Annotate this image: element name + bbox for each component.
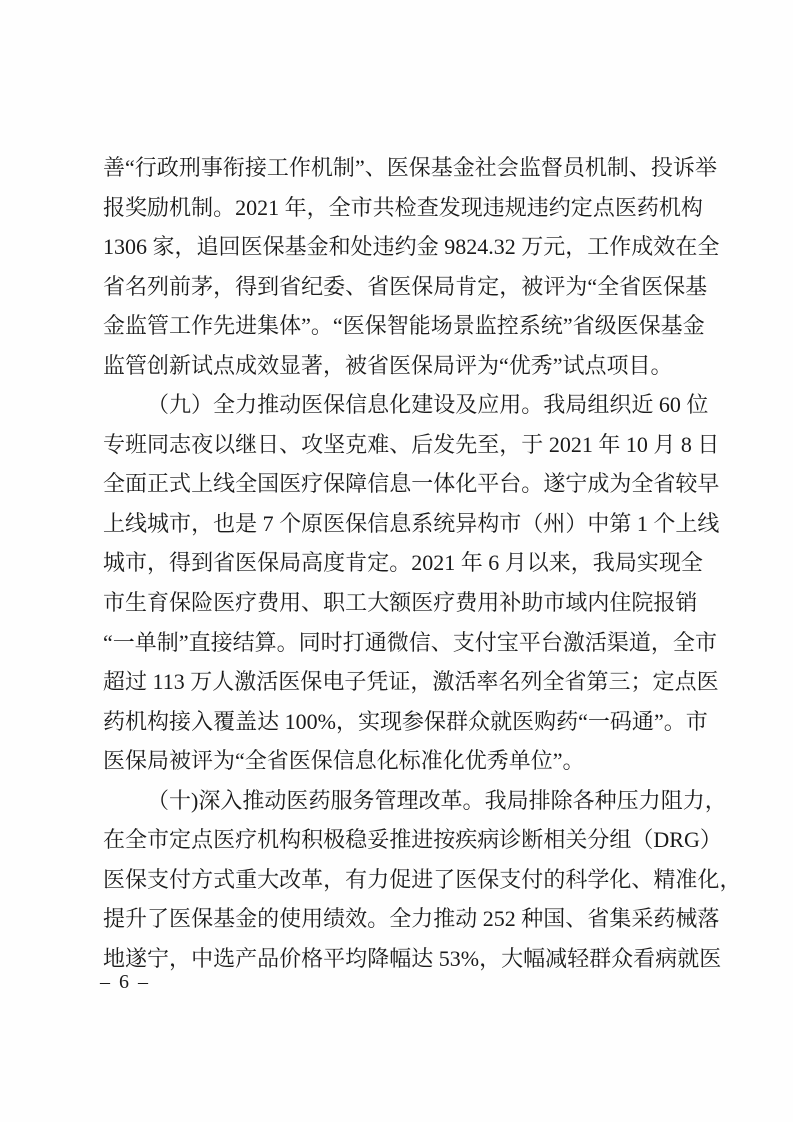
text-line: 医保支付方式重大改革，有力促进了医保支付的科学化、精准化， xyxy=(103,860,695,900)
text-line: 全面正式上线全国医疗保障信息一体化平台。遂宁成为全省较早 xyxy=(103,464,695,504)
document-body: 善“行政刑事衔接工作机制”、医保基金社会监督员机制、投诉举报奖励机制。2021 … xyxy=(103,148,695,978)
text-line: 上线城市，也是 7 个原医保信息系统异构市（州）中第 1 个上线 xyxy=(103,504,695,544)
text-line: 提升了医保基金的使用绩效。全力推动 252 种国、省集采药械落 xyxy=(103,899,695,939)
text-line: 金监管工作先进集体”。“医保智能场景监控系统”省级医保基金 xyxy=(103,306,695,346)
text-line: “一单制”直接结算。同时打通微信、支付宝平台激活渠道，全市 xyxy=(103,623,695,663)
page-number: – 6 – xyxy=(100,969,150,995)
text-line: （九）全力推动医保信息化建设及应用。我局组织近 60 位 xyxy=(103,385,695,425)
text-line: 报奖励机制。2021 年，全市共检查发现违规违约定点医药机构 xyxy=(103,188,695,228)
text-line: 市生育保险医疗费用、职工大额医疗费用补助市域内住院报销 xyxy=(103,583,695,623)
text-line: 监管创新试点成效显著，被省医保局评为“优秀”试点项目。 xyxy=(103,346,695,386)
text-line: 超过 113 万人激活医保电子凭证，激活率名列全省第三；定点医 xyxy=(103,662,695,702)
text-line: 省名列前茅，得到省纪委、省医保局肯定，被评为“全省医保基 xyxy=(103,267,695,307)
text-line: 善“行政刑事衔接工作机制”、医保基金社会监督员机制、投诉举 xyxy=(103,148,695,188)
text-line: 专班同志夜以继日、攻坚克难、后发先至，于 2021 年 10 月 8 日 xyxy=(103,425,695,465)
paragraph-nine: （九）全力推动医保信息化建设及应用。我局组织近 60 位专班同志夜以继日、攻坚克… xyxy=(103,385,695,780)
document-page: 善“行政刑事衔接工作机制”、医保基金社会监督员机制、投诉举报奖励机制。2021 … xyxy=(0,0,793,1122)
text-line: 地遂宁，中选产品价格平均降幅达 53%，大幅减轻群众看病就医 xyxy=(103,939,695,979)
text-line: 1306 家，追回医保基金和处违约金 9824.32 万元，工作成效在全 xyxy=(103,227,695,267)
text-line: 城市，得到省医保局高度肯定。2021 年 6 月以来，我局实现全 xyxy=(103,543,695,583)
paragraph-ten: （十)深入推动医药服务管理改革。我局排除各种压力阻力，在全市定点医疗机构积极稳妥… xyxy=(103,781,695,979)
text-line: 在全市定点医疗机构积极稳妥推进按疾病诊断相关分组（DRG） xyxy=(103,820,695,860)
paragraph-continued: 善“行政刑事衔接工作机制”、医保基金社会监督员机制、投诉举报奖励机制。2021 … xyxy=(103,148,695,385)
text-line: （十)深入推动医药服务管理改革。我局排除各种压力阻力， xyxy=(103,781,695,821)
text-line: 医保局被评为“全省医保信息化标准化优秀单位”。 xyxy=(103,741,695,781)
text-line: 药机构接入覆盖达 100%，实现参保群众就医购药“一码通”。市 xyxy=(103,702,695,742)
